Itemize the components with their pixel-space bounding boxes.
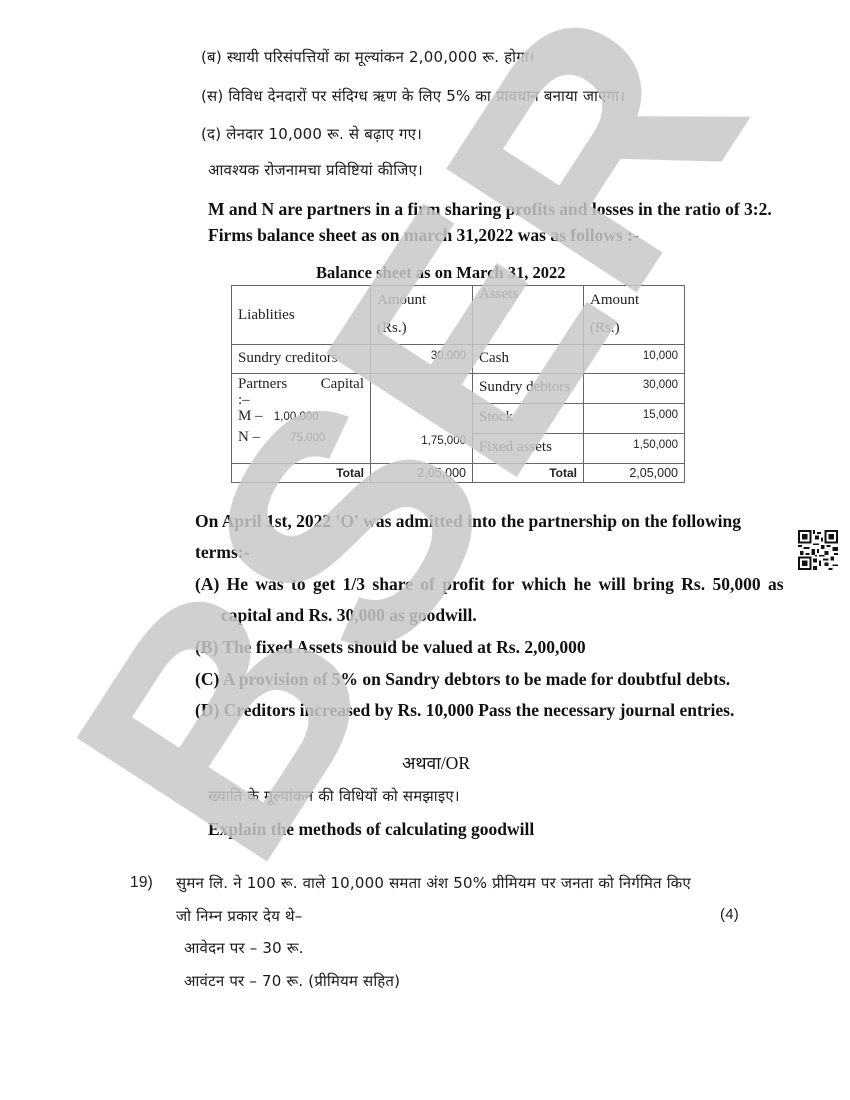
asset-amount: 1,50,000 (584, 434, 685, 464)
asset-amount: 10,000 (584, 345, 685, 374)
question19-item-allotment: आवंटन पर – 70 रू. (प्रीमियम सहित) (184, 971, 400, 991)
header-liabilities: Liablities (232, 286, 371, 345)
partners-capital-label-1: Partners (238, 374, 287, 394)
asset-amount: 15,000 (584, 404, 685, 434)
question19-marks: (4) (720, 906, 739, 923)
header-amount-label: Amount (377, 286, 466, 314)
intro-line-1: M and N are partners in a firm sharing p… (208, 199, 772, 220)
header-assets: Assets (473, 286, 584, 345)
exam-page: (ब) स्थायी परिसंपत्तियों का मूल्यांकन 2,… (0, 0, 850, 1100)
term-b: (B) The fixed Assets should be valued at… (195, 637, 586, 658)
assets-total-amount: 2,05,000 (584, 464, 685, 483)
question19-line-2: जो निम्न प्रकार देय थे– (176, 906, 303, 926)
sundry-creditors-amount: 30,000 (371, 345, 473, 374)
asset-label: Stock (473, 404, 584, 434)
partner-amount: 1,00,000 (274, 411, 319, 423)
header-amount-unit: (Rs.) (590, 314, 678, 342)
or-separator: अथवा/OR (402, 751, 470, 775)
term-a-line-2: capital and Rs. 30,000 as goodwill. (221, 605, 477, 626)
partners-capital-label-2: Capital (321, 374, 364, 394)
term-a-line-1: (A) He was to get 1/3 share of profit fo… (195, 574, 784, 595)
question-number: 19) (130, 874, 153, 892)
balance-sheet-table: Liablities Amount (Rs.) Assets Amount (R… (231, 285, 685, 483)
table-header-row: Liablities Amount (Rs.) Assets Amount (R… (232, 286, 685, 345)
asset-amount: 30,000 (584, 374, 685, 404)
assets-total-label: Total (473, 464, 584, 483)
partners-capital-amount: 1,75,000 (371, 374, 473, 464)
bser-watermark: BSER (0, 0, 850, 1100)
sundry-creditors-label: Sundry creditors (232, 345, 371, 374)
partner-name: N – (238, 429, 260, 445)
table-total-row: Total 2,05,000 Total 2,05,000 (232, 464, 685, 483)
asset-label: Sundry debtors (473, 374, 584, 404)
alt-question-english: Explain the methods of calculating goodw… (208, 819, 534, 840)
hindi-condition-d: (द) लेनदार 10,000 रू. से बढ़ाए गए। (201, 124, 422, 144)
header-amount-assets: Amount (Rs.) (584, 286, 685, 345)
question19-line-1: सुमन लि. ने 100 रू. वाले 10,000 समता अंश… (176, 873, 691, 893)
hindi-instruction: आवश्यक रोजनामचा प्रविष्टियां कीजिए। (208, 160, 423, 180)
header-amount-unit: (Rs.) (377, 314, 466, 342)
partner-amount: 75,000 (290, 432, 325, 444)
liabilities-total-amount: 2,05,000 (371, 464, 473, 483)
liabilities-total-label: Total (232, 464, 371, 483)
admission-line-2: terms:- (195, 542, 249, 563)
intro-line-2: Firms balance sheet as on march 31,2022 … (208, 225, 639, 246)
term-d: (D) Creditors increased by Rs. 10,000 Pa… (195, 700, 734, 721)
balance-sheet-title: Balance sheet as on March 31, 2022 (316, 263, 565, 283)
asset-label: Fixed assets (473, 434, 584, 464)
alt-question-hindi: ख्याति के मूल्यांकन की विधियों को समझाइए… (208, 786, 460, 806)
hindi-condition-s: (स) विविध देनदारों पर संदिग्ध ऋण के लिए … (201, 86, 625, 106)
admission-line-1: On April 1st, 2022 'O' was admitted into… (195, 511, 741, 532)
table-row: Sundry creditors 30,000 Cash 10,000 (232, 345, 685, 374)
partner-n: N – 75,000 (238, 427, 364, 448)
partners-capital-suffix: :– (238, 394, 364, 406)
header-amount-label: Amount (590, 286, 678, 314)
header-amount-liabilities: Amount (Rs.) (371, 286, 473, 345)
term-c: (C) A provision of 5% on Sandry debtors … (195, 669, 730, 690)
partner-m: M – 1,00,000 (238, 406, 364, 427)
partner-name: M – (238, 408, 263, 424)
table-row: Partners Capital :– M – 1,00,000 N – 75,… (232, 374, 685, 404)
hindi-condition-b: (ब) स्थायी परिसंपत्तियों का मूल्यांकन 2,… (201, 47, 535, 67)
asset-label: Cash (473, 345, 584, 374)
question19-item-application: आवेदन पर – 30 रू. (184, 938, 304, 958)
qr-code-icon (798, 530, 838, 570)
partners-capital-cell: Partners Capital :– M – 1,00,000 N – 75,… (232, 374, 371, 464)
